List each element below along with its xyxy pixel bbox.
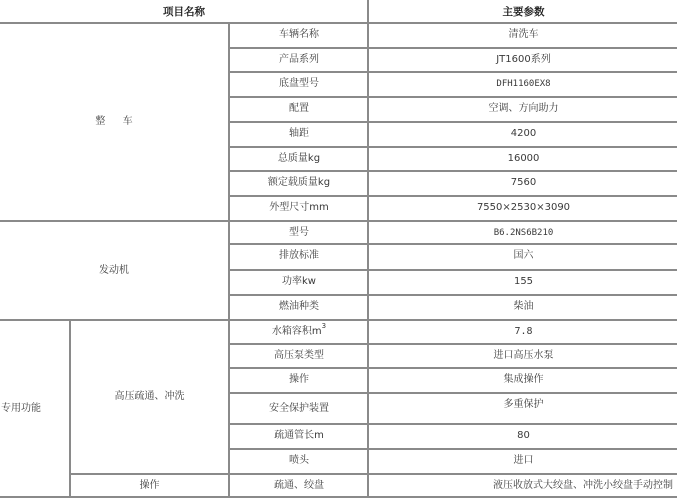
divider — [228, 294, 677, 296]
divider — [228, 195, 677, 197]
row-value: 柴油 — [370, 296, 677, 320]
divider — [228, 170, 677, 172]
subgroup-label-operation: 操作 — [71, 475, 228, 497]
divider — [228, 269, 677, 271]
row-label: 总质量kg — [230, 148, 368, 171]
row-value: 清洗车 — [370, 24, 677, 48]
divider — [228, 448, 677, 450]
row-label: 功率kw — [230, 271, 368, 295]
row-value: 进口高压水泵 — [370, 345, 677, 368]
row-label: 型号 — [230, 222, 368, 244]
row-label: 安全保护装置 — [230, 394, 368, 424]
divider — [0, 220, 677, 222]
divider — [228, 22, 230, 498]
row-label: 外型尺寸mm — [230, 197, 368, 221]
row-label: 产品系列 — [230, 49, 368, 72]
group-label-vehicle-text: 整 车 — [95, 116, 132, 128]
row-value: 集成操作 — [370, 369, 677, 393]
row-label: 疏通、绞盘 — [230, 475, 368, 497]
divider — [0, 22, 677, 24]
row-value: 7.8 — [370, 321, 677, 344]
row-label: 轴距 — [230, 123, 368, 147]
divider — [69, 473, 677, 475]
divider — [367, 0, 369, 498]
row-label: 操作 — [230, 369, 368, 393]
row-value: 4200 — [370, 123, 677, 147]
row-label: 水箱容积m3 — [230, 321, 368, 344]
divider — [0, 319, 677, 321]
row-label: 喷头 — [230, 450, 368, 474]
row-label: 底盘型号 — [230, 73, 368, 97]
row-label: 燃油种类 — [230, 296, 368, 320]
row-value: 7560 — [370, 172, 677, 196]
row-value: 16000 — [370, 148, 677, 171]
row-value: 155 — [370, 271, 677, 295]
header-main-params: 主要参数 — [370, 0, 677, 23]
divider — [228, 96, 677, 98]
row-label: 配置 — [230, 98, 368, 122]
divider — [228, 146, 677, 148]
group-label-vehicle: 整 车 — [0, 24, 228, 220]
divider — [228, 343, 677, 345]
group-label-engine: 发动机 — [0, 222, 228, 319]
row-value: 进口 — [370, 450, 677, 474]
row-label-text: 水箱容积m — [272, 326, 322, 338]
row-value: 7550×2530×3090 — [370, 197, 677, 221]
row-value: JT1600系列 — [370, 49, 677, 72]
divider — [228, 243, 677, 245]
row-label: 排放标准 — [230, 245, 368, 270]
group-label-special: 专用功能 — [0, 321, 69, 497]
divider — [69, 319, 71, 498]
row-value: DFH1160EX8 — [370, 73, 677, 97]
row-label: 额定载质量kg — [230, 172, 368, 196]
row-value: 液压收放式大绞盘、冲洗小绞盘手动控制 — [370, 475, 677, 497]
divider — [228, 121, 677, 123]
row-value: 80 — [370, 425, 677, 449]
row-label: 车辆名称 — [230, 24, 368, 48]
divider — [228, 367, 677, 369]
row-value: 多重保护 — [370, 394, 677, 424]
divider — [228, 71, 677, 73]
divider — [228, 47, 677, 49]
row-value: B6.2NS6B210 — [370, 222, 677, 244]
divider — [228, 423, 677, 425]
divider — [0, 496, 677, 498]
divider — [228, 392, 677, 394]
row-label: 高压泵类型 — [230, 345, 368, 368]
row-value: 空调、方向助力 — [370, 98, 677, 122]
row-label: 疏通管长m — [230, 425, 368, 449]
header-item-name: 项目名称 — [0, 0, 368, 23]
subgroup-label-flush: 高压疏通、冲洗 — [71, 321, 228, 473]
row-value: 国六 — [370, 245, 677, 270]
